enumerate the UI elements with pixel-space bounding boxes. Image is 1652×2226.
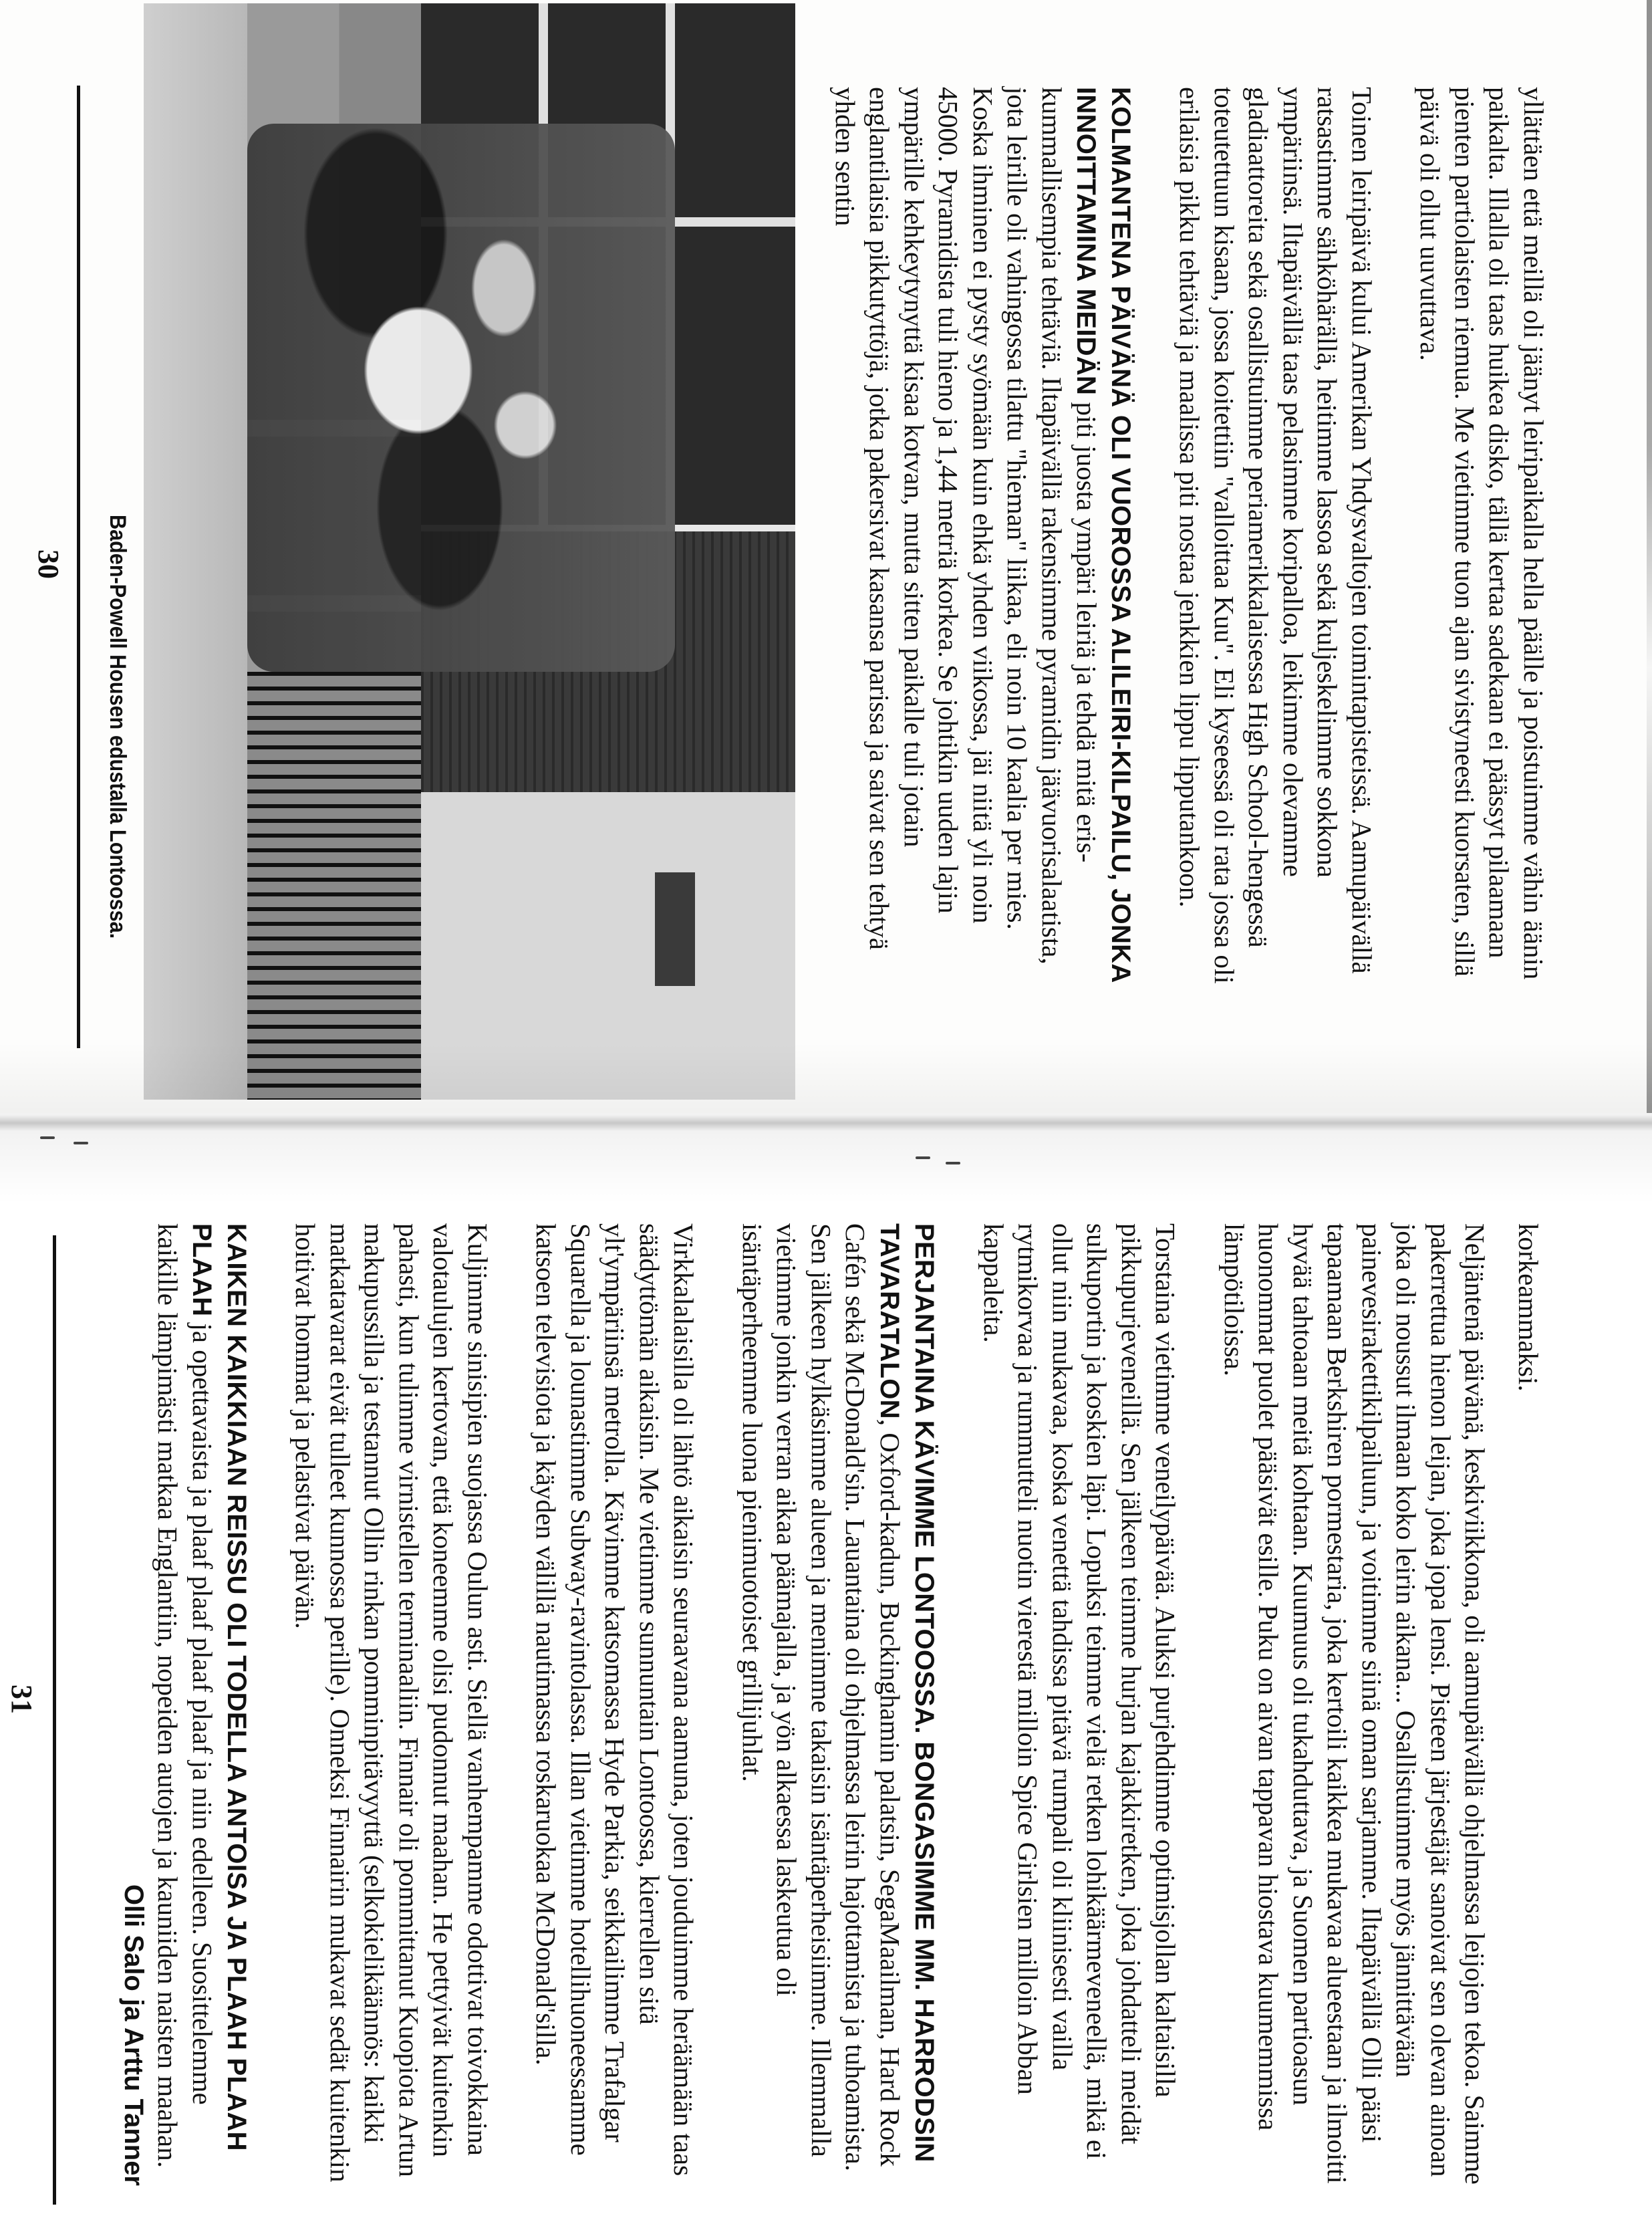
left-page-text-column: yllättäen että meillä oli jäänyt leiripa… bbox=[828, 87, 1551, 996]
staple bbox=[74, 1142, 88, 1144]
paragraph: Neljäntenä päivänä, keskiviikkona, oli a… bbox=[1217, 1223, 1492, 2186]
photo-railing bbox=[247, 672, 421, 1100]
paragraph: Toinen leiripäivä kului Amerikan Yhdysva… bbox=[1172, 87, 1379, 996]
staple bbox=[946, 1162, 960, 1164]
photo-sidewalk bbox=[144, 3, 247, 1100]
photo-people-group bbox=[247, 124, 675, 672]
page-number: 31 bbox=[7, 1685, 36, 1714]
section-body: piti juosta ympäri leiriä ja tehdä mitä … bbox=[830, 87, 1102, 965]
paragraph: korkeammaksi. bbox=[1511, 1223, 1546, 2186]
paragraph: Kuljimme sinisipien suojassa Oulun asti.… bbox=[288, 1223, 495, 2186]
photo-doorway bbox=[394, 792, 795, 1100]
staple bbox=[40, 1136, 55, 1139]
group-photo bbox=[144, 3, 795, 1100]
section-friday: PERJANTAINA KÄVIMME LONTOOSSA. BONGASIMM… bbox=[735, 1223, 942, 2186]
section-day-three: KOLMANTENA PÄIVÄNÄ OLI VUOROSSA ALILEIRI… bbox=[828, 87, 1139, 996]
right-page-text-column: korkeammaksi. Neljäntenä päivänä, keskiv… bbox=[118, 1223, 1546, 2186]
paragraph: Virkkalalaisilla oli lähtö aikaisin seur… bbox=[529, 1223, 701, 2186]
page-30: yllättäen että meillä oli jäänyt leiripa… bbox=[0, 0, 1652, 1113]
magazine-spread: yllättäen että meillä oli jäänyt leiripa… bbox=[0, 0, 1652, 2226]
staple bbox=[916, 1156, 930, 1159]
footer-rule bbox=[77, 86, 80, 1048]
paragraph: yllättäen että meillä oli jäänyt leiripa… bbox=[1413, 87, 1550, 996]
section-closing: KAIKEN KAIKKIAAN REISSU OLI TODELLA ANTO… bbox=[150, 1223, 255, 2186]
page-number: 30 bbox=[33, 549, 63, 579]
page-edge-shadow bbox=[1647, 0, 1652, 1113]
paragraph: Torstaina vietimme veneilypäivää. Aluksi… bbox=[976, 1223, 1183, 2186]
section-body: ja opettavaista ja plaaf plaaf plaaf pla… bbox=[152, 1223, 218, 2168]
photo-caption: Baden-Powell Housen edustalla Lontoossa. bbox=[104, 515, 131, 996]
footer-rule bbox=[53, 1235, 56, 2205]
author-credit: Olli Salo ja Arttu Tanner bbox=[118, 1223, 150, 2186]
